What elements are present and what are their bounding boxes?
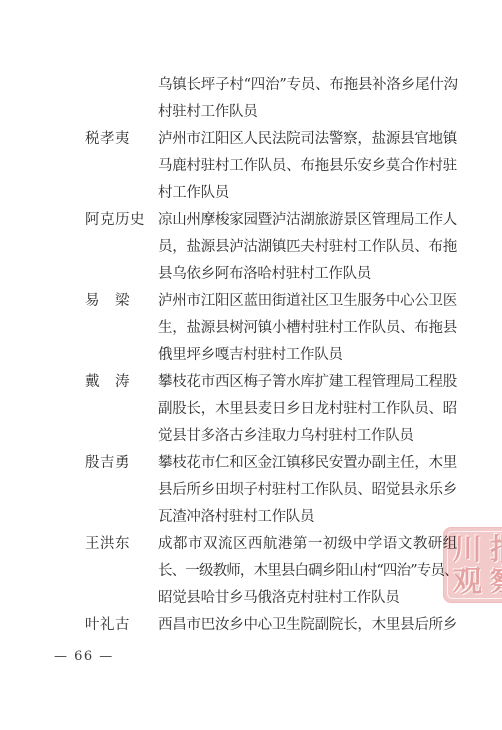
entry-line: 副股长，木里县麦日乡日龙村驻村工作队员、昭 — [158, 396, 457, 423]
entry-row: 乌镇长坪子村“四治”专员、布拖县补洛乡尾什沟 村驻村工作队员 — [85, 72, 457, 126]
entry-name: 叶礼古 — [85, 612, 158, 639]
entry-line: 凉山州摩梭家园暨泸沽湖旅游景区管理局工作人 — [158, 207, 457, 234]
entry-name: 税孝夷 — [85, 126, 158, 153]
entry-line: 生，盐源县树河镇小槽村驻村工作队员、布拖县 — [158, 315, 457, 342]
watermark-char-cha: 察 — [490, 567, 502, 596]
entry-name: 王洪东 — [85, 531, 158, 558]
roster-list: 乌镇长坪子村“四治”专员、布拖县补洛乡尾什沟 村驻村工作队员 税孝夷 泸州市江阳… — [85, 72, 457, 639]
entry-row: 殷吉勇 攀枝花市仁和区金江镇移民安置办副主任，木里 县后所乡田坝子村驻村工作队员… — [85, 450, 457, 531]
entry-description: 乌镇长坪子村“四治”专员、布拖县补洛乡尾什沟 村驻村工作队员 — [158, 72, 457, 126]
entry-name: 戴 涛 — [85, 369, 158, 396]
entry-line: 泸州市江阳区蓝田街道社区卫生服务中心公卫医 — [158, 288, 457, 315]
entry-description: 凉山州摩梭家园暨泸沽湖旅游景区管理局工作人 员，盐源县泸沽湖镇匹夫村驻村工作队员… — [158, 207, 457, 288]
entry-line: 泸州市江阳区人民法院司法警察，盐源县官地镇 — [158, 126, 457, 153]
entry-line: 长、一级教师，木里县白碉乡阳山村“四治”专员、 — [158, 558, 457, 585]
entry-line: 村工作队员 — [158, 180, 457, 207]
entry-row: 易 梁 泸州市江阳区蓝田街道社区卫生服务中心公卫医 生，盐源县树河镇小槽村驻村工… — [85, 288, 457, 369]
entry-line: 县后所乡田坝子村驻村工作队员、昭觉县永乐乡 — [158, 477, 457, 504]
entry-line: 乌镇长坪子村“四治”专员、布拖县补洛乡尾什沟 — [158, 72, 457, 99]
entry-line: 昭觉县哈甘乡马俄洛克村驻村工作队员 — [158, 585, 457, 612]
entry-line: 员，盐源县泸沽湖镇匹夫村驻村工作队员、布拖 — [158, 234, 457, 261]
page-number: — 66 — — [54, 649, 114, 664]
watermark-char-chuan: 川 — [453, 535, 482, 564]
entry-line: 俄里坪乡嘎吉村驻村工作队员 — [158, 342, 457, 369]
entry-description: 西昌市巴汝乡中心卫生院副院长，木里县后所乡 — [158, 612, 457, 639]
entry-description: 泸州市江阳区人民法院司法警察，盐源县官地镇 马鹿村驻村工作队员、布拖县乐安乡莫合… — [158, 126, 457, 207]
entry-description: 泸州市江阳区蓝田街道社区卫生服务中心公卫医 生，盐源县树河镇小槽村驻村工作队员、… — [158, 288, 457, 369]
entry-description: 攀枝花市西区梅子箐水库扩建工程管理局工程股 副股长，木里县麦日乡日龙村驻村工作队… — [158, 369, 457, 450]
entry-name: 易 梁 — [85, 288, 158, 315]
entry-name: 阿克历史 — [85, 207, 158, 234]
entry-row: 税孝夷 泸州市江阳区人民法院司法警察，盐源县官地镇 马鹿村驻村工作队员、布拖县乐… — [85, 126, 457, 207]
entry-line: 西昌市巴汝乡中心卫生院副院长，木里县后所乡 — [158, 612, 457, 639]
entry-row: 阿克历史 凉山州摩梭家园暨泸沽湖旅游景区管理局工作人 员，盐源县泸沽湖镇匹夫村驻… — [85, 207, 457, 288]
watermark-char-guan: 观 — [453, 567, 482, 596]
watermark-char-bao: 报 — [490, 535, 502, 564]
entry-row: 戴 涛 攀枝花市西区梅子箐水库扩建工程管理局工程股 副股长，木里县麦日乡日龙村驻… — [85, 369, 457, 450]
entry-line: 攀枝花市西区梅子箐水库扩建工程管理局工程股 — [158, 369, 457, 396]
entry-line: 攀枝花市仁和区金江镇移民安置办副主任，木里 — [158, 450, 457, 477]
entry-row: 叶礼古 西昌市巴汝乡中心卫生院副院长，木里县后所乡 — [85, 612, 457, 639]
entry-line: 马鹿村驻村工作队员、布拖县乐安乡莫合作村驻 — [158, 153, 457, 180]
document-page: { "page": { "background": "#ffffff", "te… — [0, 0, 502, 730]
entry-line: 成都市双流区西航港第一初级中学语文教研组 — [158, 531, 457, 558]
entry-line: 觉县甘多洛古乡洼取力乌村驻村工作队员 — [158, 423, 457, 450]
entry-line: 村驻村工作队员 — [158, 99, 457, 126]
entry-description: 攀枝花市仁和区金江镇移民安置办副主任，木里 县后所乡田坝子村驻村工作队员、昭觉县… — [158, 450, 457, 531]
entry-row: 王洪东 成都市双流区西航港第一初级中学语文教研组 长、一级教师，木里县白碉乡阳山… — [85, 531, 457, 612]
entry-line: 瓦渣冲洛村驻村工作队员 — [158, 504, 457, 531]
entry-name: 殷吉勇 — [85, 450, 158, 477]
entry-description: 成都市双流区西航港第一初级中学语文教研组 长、一级教师，木里县白碉乡阳山村“四治… — [158, 531, 457, 612]
entry-line: 县乌依乡阿布洛哈村驻村工作队员 — [158, 261, 457, 288]
